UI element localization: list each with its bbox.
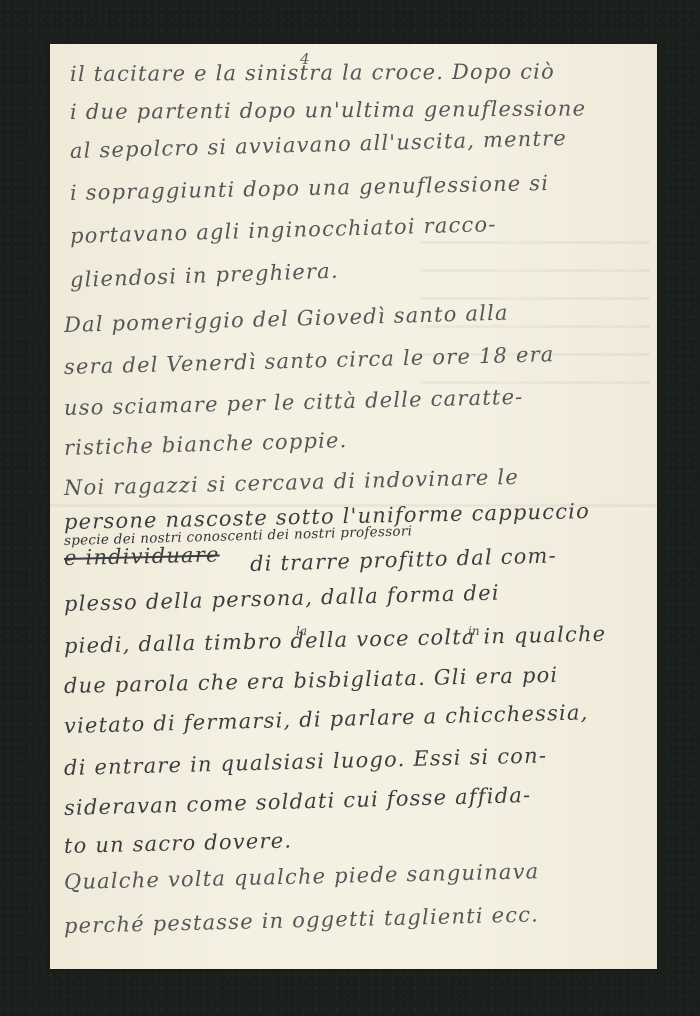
text-line-19: di entrare in qualsiasi luogo. Essi si c… bbox=[64, 743, 548, 780]
insert-la: la bbox=[296, 624, 307, 638]
manuscript-page: 4 il tacitare e la sinistra la croce. Do… bbox=[50, 44, 657, 969]
text-line-14b: di trarre profitto dal com- bbox=[250, 543, 558, 576]
text-line-23: perché pestasse in oggetti taglienti ecc… bbox=[64, 902, 540, 938]
text-line-18: vietato di fermarsi, di parlare a chicch… bbox=[64, 700, 589, 738]
struck-word: e individuare bbox=[64, 542, 220, 570]
text-line-16: piedi, dalla timbro della voce colta in … bbox=[64, 622, 607, 658]
insert-in: in bbox=[468, 624, 480, 638]
text-line-22: Qualche volta qualche piede sanguinava bbox=[64, 859, 540, 894]
text-line-20: sideravan come soldati cui fosse affida- bbox=[64, 783, 532, 820]
text-line-7: Dal pomeriggio del Giovedì santo alla bbox=[64, 301, 509, 337]
text-line-9: uso sciamare per le città delle caratte- bbox=[64, 385, 524, 420]
text-line-6: gliendosi in preghiera. bbox=[70, 259, 340, 292]
text-line-10: ristiche bianche coppie. bbox=[64, 428, 348, 460]
text-line-15: plesso della persona, dalla forma dei bbox=[64, 581, 500, 616]
text-line-21: to un sacro dovere. bbox=[64, 828, 293, 858]
text-line-5: portavano agli inginocchiatoi racco- bbox=[70, 212, 497, 248]
text-line-2: i due partenti dopo un'ultima genuflessi… bbox=[70, 96, 586, 124]
text-line-8: sera del Venerdì santo circa le ore 18 e… bbox=[64, 342, 555, 379]
text-line-14-struck: e individuare bbox=[64, 542, 220, 570]
text-line-17: due parola che era bisbigliata. Gli era … bbox=[64, 663, 559, 698]
text-line-1: il tacitare e la sinistra la croce. Dopo… bbox=[70, 59, 555, 86]
text-line-3: al sepolcro si avviavano all'uscita, men… bbox=[70, 126, 568, 163]
text-line-11: Noi ragazzi si cercava di indovinare le bbox=[64, 465, 520, 500]
text-line-4: i sopraggiunti dopo una genuflessione si bbox=[70, 171, 550, 205]
